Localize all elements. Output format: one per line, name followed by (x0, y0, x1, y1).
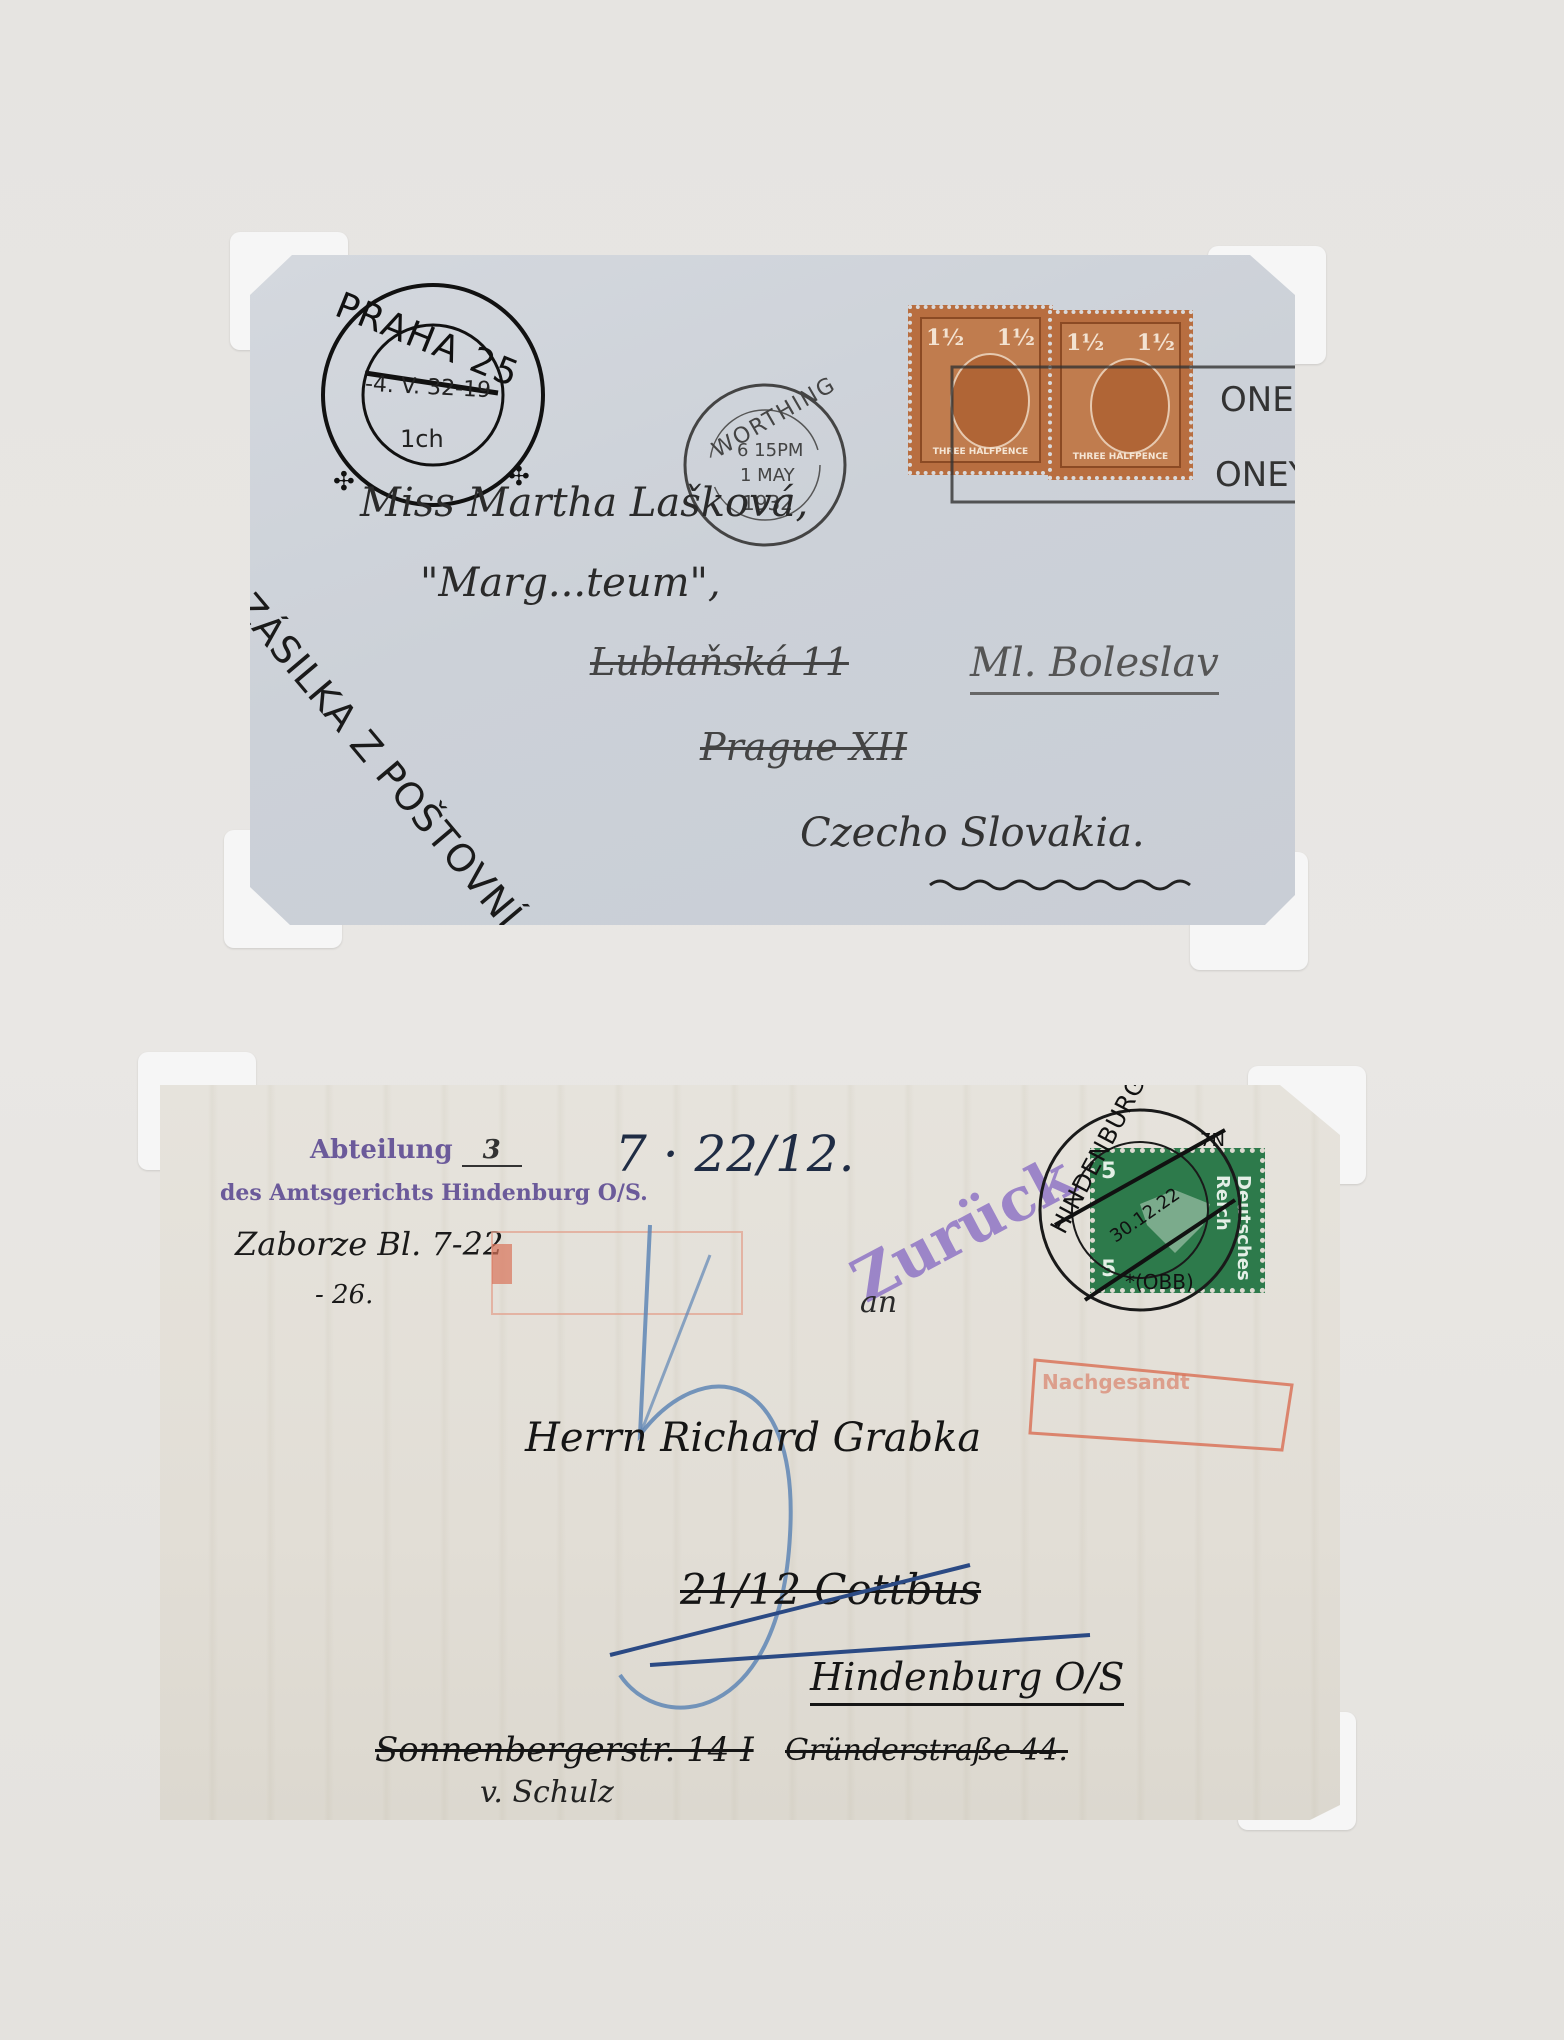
letterhead-number: 3 (462, 1135, 522, 1167)
address-line-5: Czecho Slovakia. (800, 810, 1145, 856)
address-line-1: Miss Martha Lašková, (360, 480, 808, 526)
address-prefix: an (860, 1285, 897, 1320)
svg-text:✣: ✣ (333, 467, 355, 497)
recipient-name: Herrn Richard Grabka (525, 1415, 981, 1461)
hindenburg-postmark-code: *(OBB) (1125, 1270, 1194, 1294)
address-redirect: Ml. Boleslav (970, 640, 1219, 695)
cover-1-envelope: ✣ ✣ PRAHA 25 -4. V. 32-19 1ch WORTHING 6… (250, 255, 1295, 925)
street-struck-2: Gründerstraße 44. (785, 1733, 1068, 1768)
file-reference-2: - 26. (315, 1280, 373, 1310)
street-struck: Sonnenbergerstr. 14 I (375, 1730, 754, 1770)
praha-postmark-code: 1ch (400, 425, 444, 453)
stamp-value: 1½ (1066, 330, 1104, 356)
wavy-underline (930, 875, 1210, 895)
stamp-value: 1½ (997, 325, 1035, 351)
docket-number: 7 · 22/12. (615, 1125, 854, 1183)
care-of: v. Schulz (480, 1775, 614, 1810)
slogan-fragment-1: ONE (1220, 380, 1294, 420)
file-reference: Zaborze Bl. 7-22 (235, 1225, 503, 1263)
address-line-4-struck: Prague XII (700, 725, 907, 769)
cover-2-folded-letter: Abteilung 3 des Amtsgerichts Hindenburg … (160, 1085, 1340, 1820)
address-line-2: "Marg...teum", (420, 560, 721, 606)
hindenburg-postmark-time: 7N (1200, 1130, 1225, 1151)
city-new: Hindenburg O/S (810, 1655, 1124, 1706)
stamp-value: 1½ (926, 325, 964, 351)
blue-pencil-mark (540, 1205, 840, 1805)
address-line-3-struck: Lublaňská 11 (590, 640, 849, 684)
slogan-fragment-2: ONEY (1215, 455, 1309, 495)
stamp-value: 1½ (1137, 330, 1175, 356)
worthing-postmark-time: 6 15PM (737, 440, 803, 461)
red-box-text: Nachgesandt (1042, 1370, 1190, 1394)
letterhead-court: des Amtsgerichts Hindenburg O/S. (220, 1180, 648, 1206)
letterhead-department: Abteilung 3 (310, 1135, 522, 1167)
letterhead-label: Abteilung (310, 1135, 453, 1165)
album-page: ✣ ✣ PRAHA 25 -4. V. 32-19 1ch WORTHING 6… (0, 0, 1564, 2040)
